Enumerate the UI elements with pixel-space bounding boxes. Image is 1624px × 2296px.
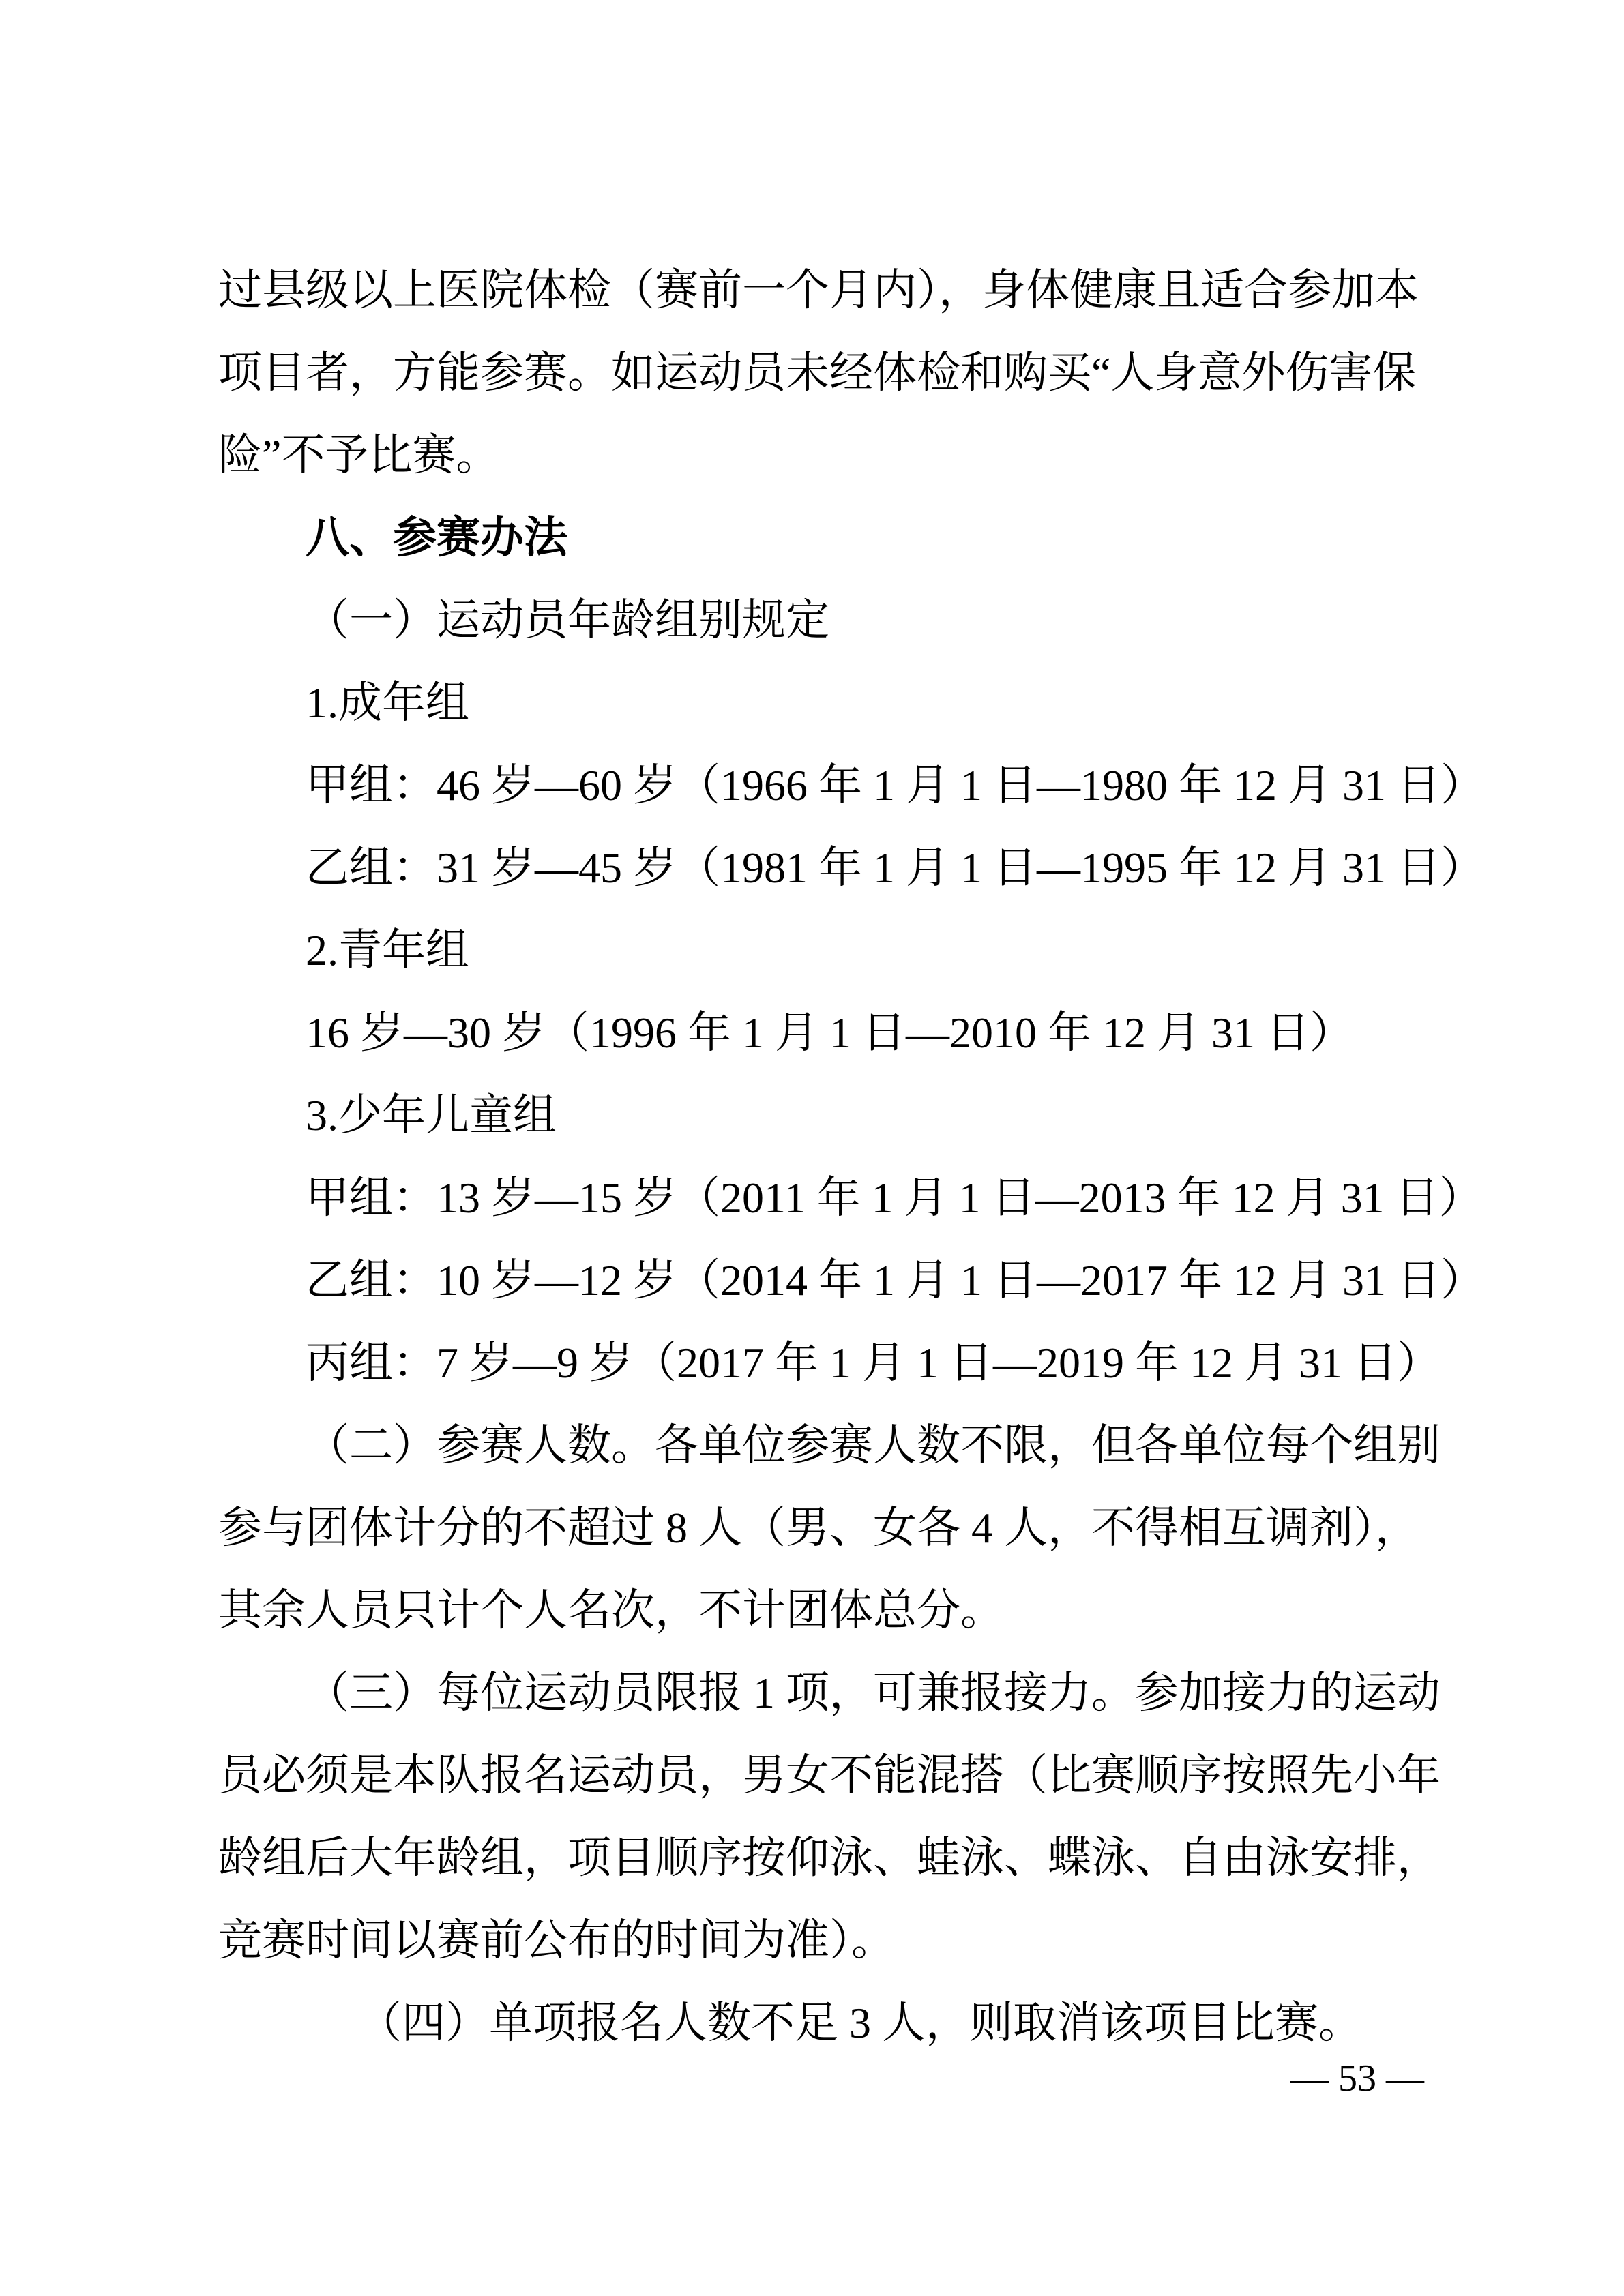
subsection-heading: （一）运动员年龄组别规定	[218, 579, 1427, 661]
text-line: 龄组后大年龄组，项目顺序按仰泳、蛙泳、蝶泳、自由泳安排，	[218, 1817, 1427, 1899]
text-line: 参与团体计分的不超过 8 人（男、女各 4 人，不得相互调剂），	[218, 1487, 1427, 1569]
section-heading: 八、参赛办法	[218, 496, 1427, 579]
text-line: 丙组：7 岁—9 岁（2017 年 1 月 1 日—2019 年 12 月 31…	[218, 1322, 1427, 1404]
text-line: 其余人员只计个人名次，不计团体总分。	[218, 1569, 1427, 1652]
document-body: 过县级以上医院体检（赛前一个月内），身体健康且适合参加本 项目者，方能参赛。如运…	[218, 249, 1427, 2064]
text-line: 16 岁—30 岁（1996 年 1 月 1 日—2010 年 12 月 31 …	[218, 992, 1427, 1074]
text-line: 甲组：13 岁—15 岁（2011 年 1 月 1 日—2013 年 12 月 …	[218, 1157, 1427, 1239]
text-line: 过县级以上医院体检（赛前一个月内），身体健康且适合参加本	[218, 249, 1427, 331]
document-page: 过县级以上医院体检（赛前一个月内），身体健康且适合参加本 项目者，方能参赛。如运…	[0, 0, 1624, 2296]
text-line: 甲组：46 岁—60 岁（1966 年 1 月 1 日—1980 年 12 月 …	[218, 744, 1427, 826]
group-heading: 2.青年组	[218, 909, 1427, 992]
text-line: 竞赛时间以赛前公布的时间为准）。	[218, 1899, 1427, 1982]
text-line: 乙组：10 岁—12 岁（2014 年 1 月 1 日—2017 年 12 月 …	[218, 1239, 1427, 1322]
subsection-heading: （二）参赛人数。各单位参赛人数不限，但各单位每个组别	[218, 1404, 1427, 1487]
subsection-heading: （四）单项报名人数不足 3 人，则取消该项目比赛。	[218, 1982, 1427, 2064]
subsection-heading: （三）每位运动员限报 1 项，可兼报接力。参加接力的运动	[218, 1652, 1427, 1734]
group-heading: 1.成年组	[218, 661, 1427, 744]
group-heading: 3.少年儿童组	[218, 1074, 1427, 1157]
text-line: 项目者，方能参赛。如运动员未经体检和购买“人身意外伤害保	[218, 331, 1427, 414]
text-line: 员必须是本队报名运动员，男女不能混搭（比赛顺序按照先小年	[218, 1734, 1427, 1817]
text-line: 乙组：31 岁—45 岁（1981 年 1 月 1 日—1995 年 12 月 …	[218, 826, 1427, 909]
page-number: — 53 —	[1290, 2057, 1424, 2100]
text-line: 险”不予比赛。	[218, 414, 1427, 496]
